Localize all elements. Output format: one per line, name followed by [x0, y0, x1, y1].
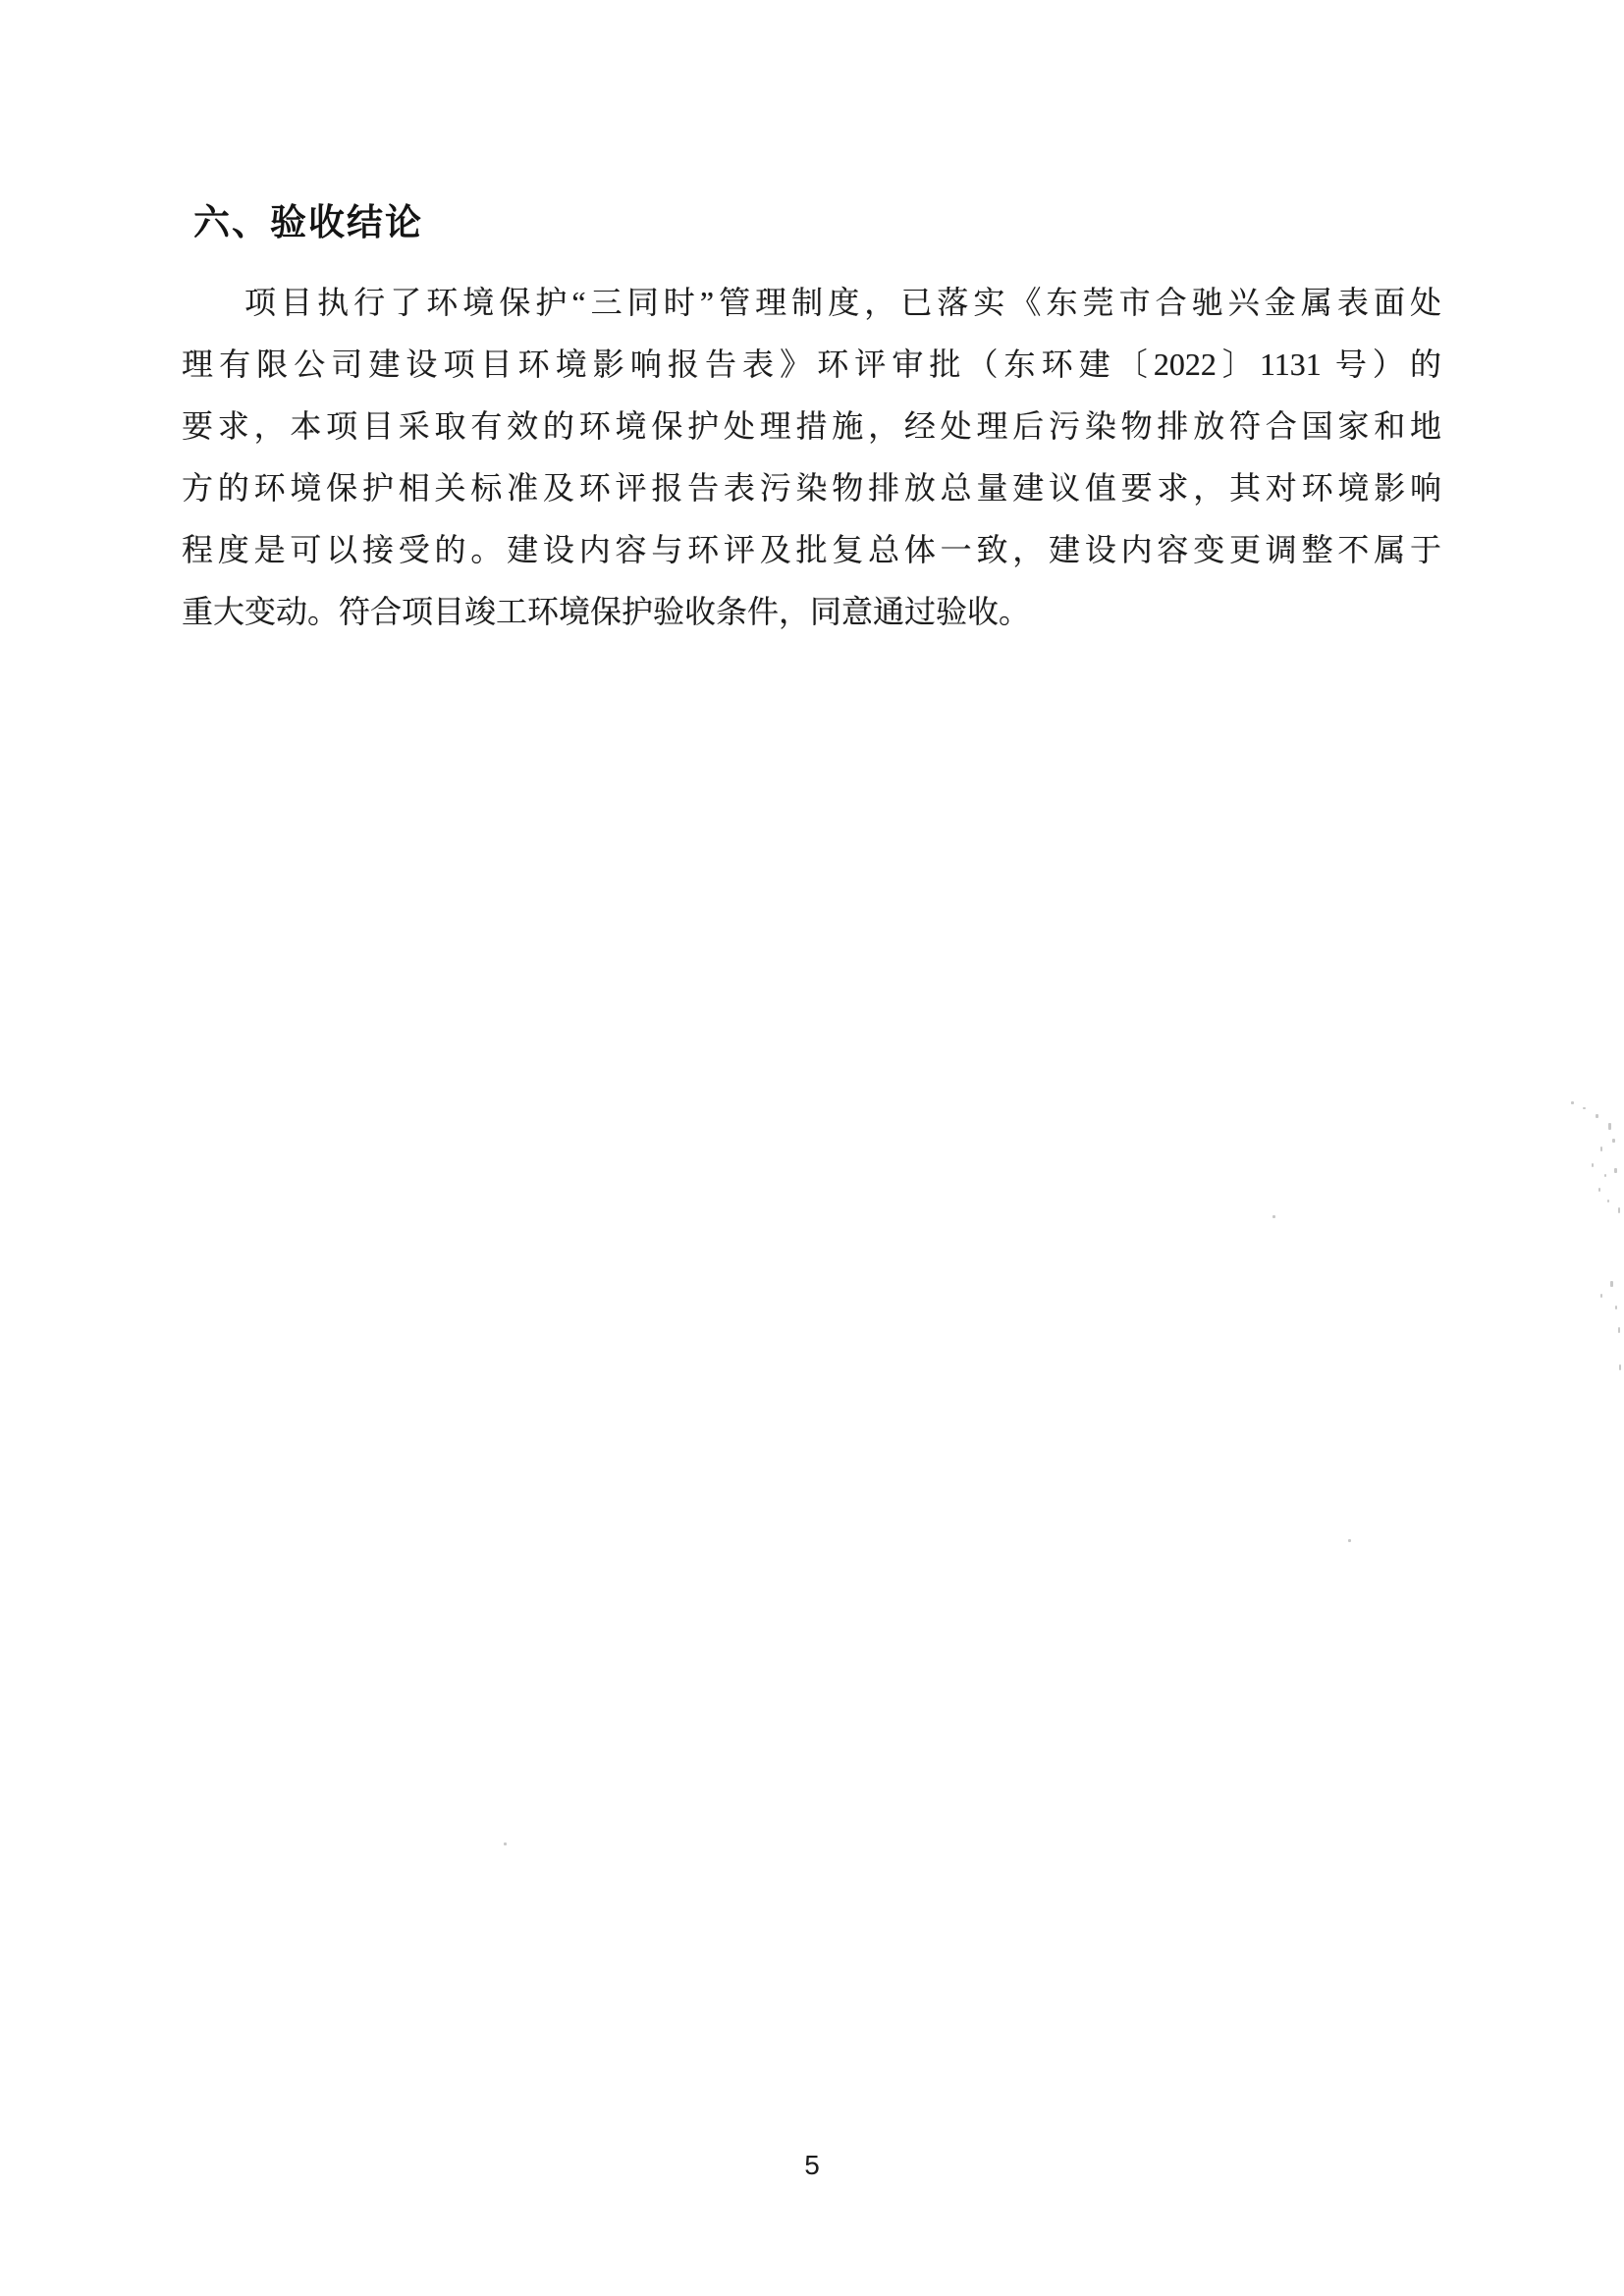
scan-artifact [1598, 1188, 1600, 1192]
paragraph-line: 要求，本项目采取有效的环境保护处理措施，经处理后污染物排放符合国家和地 [182, 396, 1441, 457]
scan-artifact [1583, 1107, 1586, 1109]
scan-artifact [1600, 1147, 1602, 1151]
scan-artifact [1608, 1123, 1611, 1130]
scan-artifact [1612, 1139, 1615, 1143]
paragraph-line: 方的环境保护相关标准及环评报告表污染物排放总量建议值要求，其对环境影响 [182, 457, 1441, 519]
scan-artifact [1610, 1281, 1613, 1287]
scan-artifact [1272, 1215, 1275, 1218]
scan-artifact [1615, 1306, 1617, 1309]
scan-artifact [504, 1842, 507, 1845]
paragraph-line: 程度是可以接受的。建设内容与环评及批复总体一致，建设内容变更调整不属于 [182, 519, 1441, 581]
scan-artifact [1604, 1174, 1606, 1177]
document-page: 六、验收结论 项目执行了环境保护“三同时”管理制度，已落实《东莞市合驰兴金属表面… [0, 0, 1624, 2296]
scan-artifact [1614, 1168, 1617, 1173]
paragraph-line: 项目执行了环境保护“三同时”管理制度，已落实《东莞市合驰兴金属表面处 [182, 272, 1441, 334]
scan-artifact [1618, 1207, 1620, 1213]
paragraph-line: 理有限公司建设项目环境影响报告表》环评审批（东环建〔2022〕1131 号）的 [182, 334, 1441, 396]
scan-artifact [1607, 1200, 1609, 1202]
scan-artifact [1596, 1114, 1598, 1118]
paragraph-line: 重大变动。符合项目竣工环境保护验收条件，同意通过验收。 [182, 581, 1441, 643]
section-heading: 六、验收结论 [193, 201, 1441, 244]
scan-artifact [1348, 1539, 1351, 1542]
scan-artifact [1571, 1101, 1574, 1104]
conclusion-paragraph: 项目执行了环境保护“三同时”管理制度，已落实《东莞市合驰兴金属表面处 理有限公司… [182, 272, 1441, 643]
scan-artifact [1600, 1294, 1602, 1298]
scan-artifact [1619, 1364, 1621, 1370]
document-body: 六、验收结论 项目执行了环境保护“三同时”管理制度，已落实《东莞市合驰兴金属表面… [182, 201, 1441, 643]
scan-artifact [1618, 1327, 1620, 1333]
page-number: 5 [0, 2150, 1624, 2181]
scan-artifact [1592, 1163, 1594, 1167]
